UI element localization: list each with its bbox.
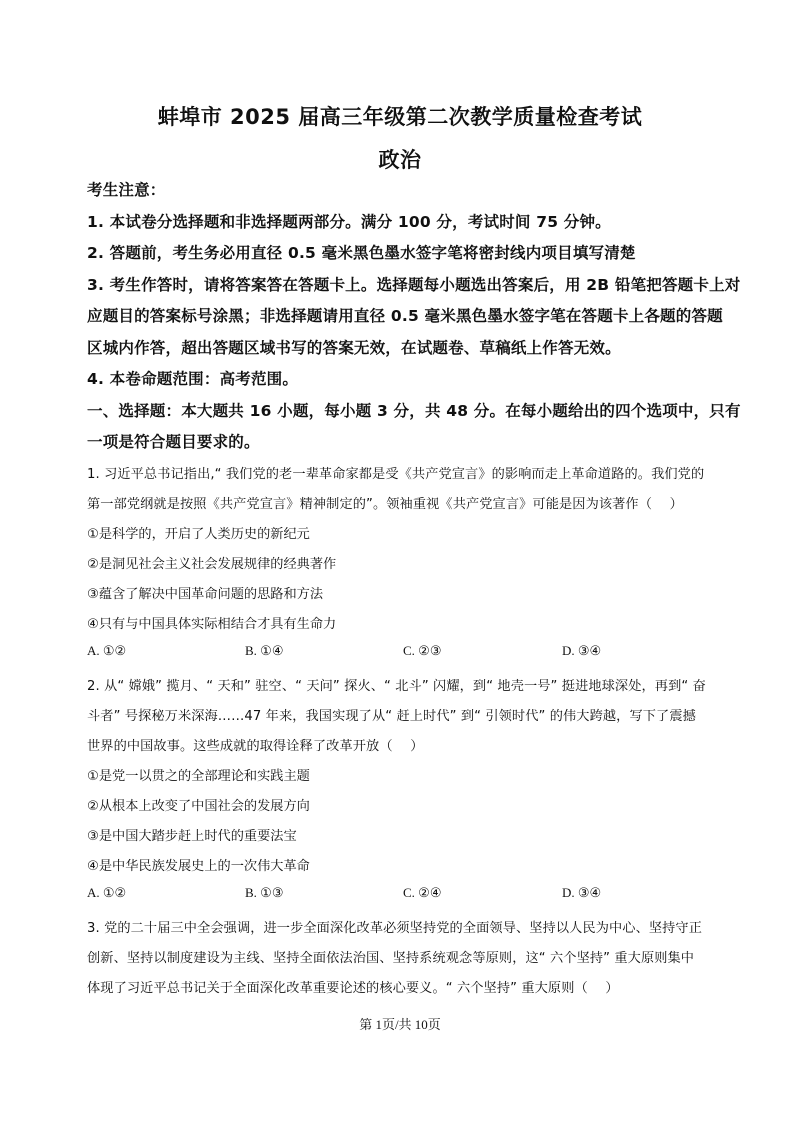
notice-item: 3. 考生作答时，请将答案答在答题卡上。选择题每小题选出答案后，用 2B 铅笔把… [87, 273, 727, 295]
page-number: 第 1页/共 10页 [0, 1014, 800, 1033]
choice-b[interactable]: B. ①④ [245, 643, 283, 659]
choice-a[interactable]: A. ①② [87, 885, 126, 901]
question-3-stem: 体现了习近平总书记关于全面深化改革重要论述的核心要义。“ 六个坚持” 重大原则（… [87, 977, 727, 996]
notice-item: 4. 本卷命题范围：高考范围。 [87, 367, 727, 389]
question-1-choices: A. ①② B. ①④ C. ②③ D. ③④ [87, 643, 727, 663]
choice-b[interactable]: B. ①③ [245, 885, 283, 901]
notice-item: 1. 本试卷分选择题和非选择题两部分。满分 100 分，考试时间 75 分钟。 [87, 210, 727, 232]
question-1-stem: 第一部党纲就是按照《共产党宣言》精神制定的”。领袖重视《共产党宣言》可能是因为该… [87, 493, 727, 512]
notice-heading: 考生注意： [87, 178, 727, 200]
question-2-statement: ③是中国大踏步赶上时代的重要法宝 [87, 825, 727, 844]
question-2-statement: ④是中华民族发展史上的一次伟大革命 [87, 855, 727, 874]
question-2-stem: 2. 从“ 嫦娥” 揽月、“ 天和” 驻空、“ 天问” 探火、“ 北斗” 闪耀，… [87, 675, 727, 694]
section-heading: 一、选择题：本大题共 16 小题，每小题 3 分，共 48 分。在每小题给出的四… [87, 399, 727, 421]
question-1-statement: ①是科学的，开启了人类历史的新纪元 [87, 523, 727, 542]
question-2-choices: A. ①② B. ①③ C. ②④ D. ③④ [87, 885, 727, 905]
question-1-statement: ③蕴含了解决中国革命问题的思路和方法 [87, 583, 727, 602]
exam-title: 蚌埠市 2025 届高三年级第二次教学质量检查考试 [0, 101, 800, 131]
choice-c[interactable]: C. ②④ [403, 885, 441, 901]
choice-d[interactable]: D. ③④ [562, 885, 601, 901]
question-1-stem: 1. 习近平总书记指出,“ 我们党的老一辈革命家都是受《共产党宣言》的影响而走上… [87, 463, 727, 482]
notice-item: 应题目的答案标号涂黑；非选择题请用直径 0.5 毫米黑色墨水签字笔在答题卡上各题… [87, 304, 727, 326]
question-2-stem: 斗者” 号探秘万米深海……47 年来，我国实现了从“ 赶上时代” 到“ 引领时代… [87, 705, 727, 724]
question-3-stem: 3. 党的二十届三中全会强调，进一步全面深化改革必须坚持党的全面领导、坚持以人民… [87, 917, 727, 936]
question-2-statement: ①是党一以贯之的全部理论和实践主题 [87, 765, 727, 784]
question-3-stem: 创新、坚持以制度建设为主线、坚持全面依法治国、坚持系统观念等原则，这“ 六个坚持… [87, 947, 727, 966]
exam-page: 蚌埠市 2025 届高三年级第二次教学质量检查考试 政治 考生注意： 1. 本试… [0, 0, 800, 1132]
question-1-statement: ②是洞见社会主义社会发展规律的经典著作 [87, 553, 727, 572]
section-heading-cont: 一项是符合题目要求的。 [87, 430, 727, 452]
choice-d[interactable]: D. ③④ [562, 643, 601, 659]
subject-title: 政治 [0, 144, 800, 174]
question-1-statement: ④只有与中国具体实际相结合才具有生命力 [87, 613, 727, 632]
notice-item: 2. 答题前，考生务必用直径 0.5 毫米黑色墨水签字笔将密封线内项目填写清楚 [87, 241, 727, 263]
choice-c[interactable]: C. ②③ [403, 643, 441, 659]
question-2-stem: 世界的中国故事。这些成就的取得诠释了改革开放（ ） [87, 735, 727, 754]
choice-a[interactable]: A. ①② [87, 643, 126, 659]
question-2-statement: ②从根本上改变了中国社会的发展方向 [87, 795, 727, 814]
notice-item: 区城内作答，超出答题区域书写的答案无效，在试题卷、草稿纸上作答无效。 [87, 336, 727, 358]
